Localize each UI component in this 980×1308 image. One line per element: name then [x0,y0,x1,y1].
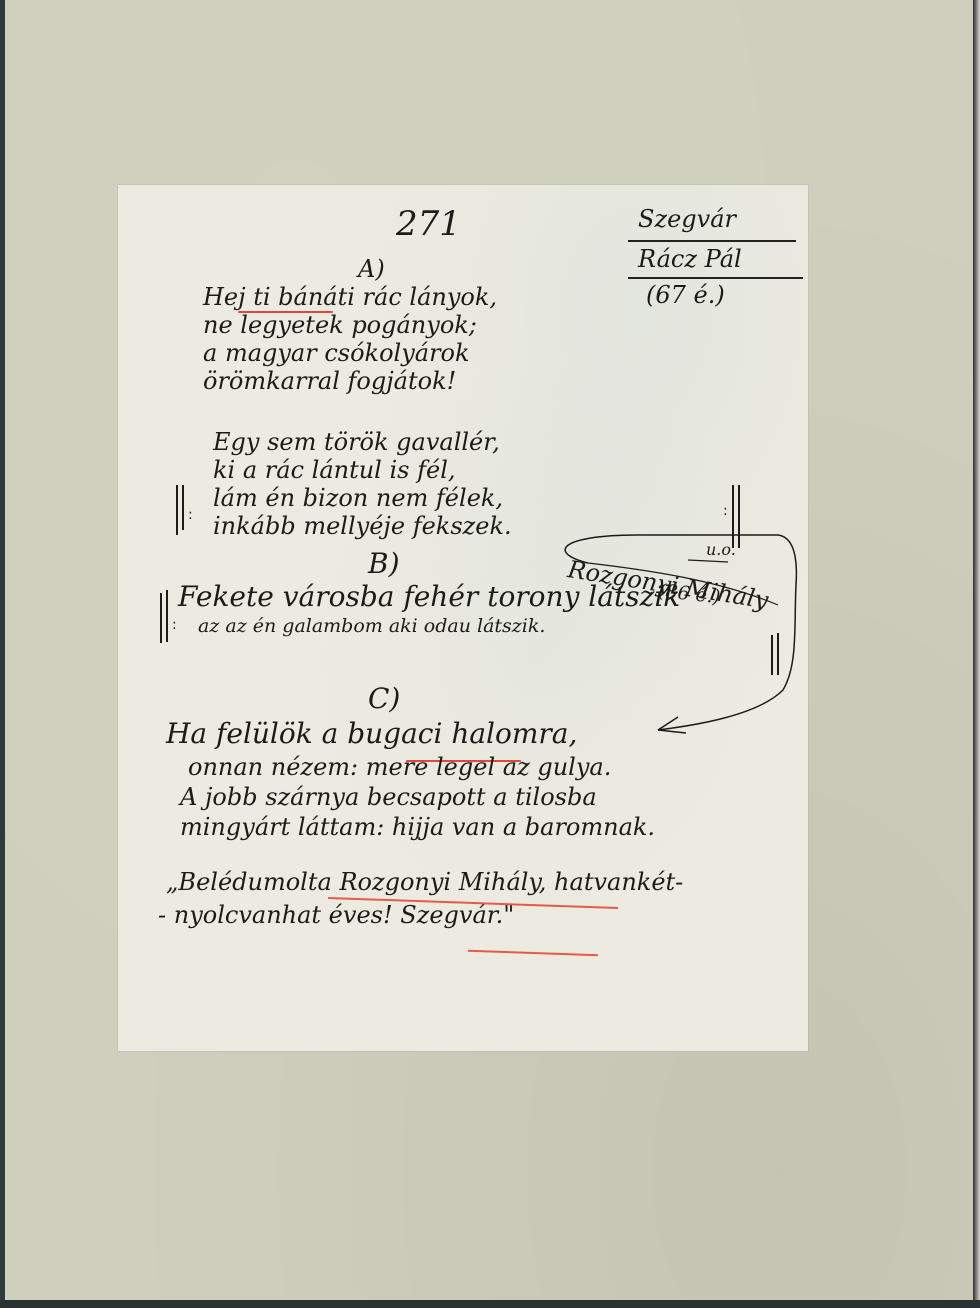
footnote-line: - nyolcvanhat éves! Szegvár." [158,903,514,927]
verse-line: A jobb szárnya becsapott a tilosba [180,785,597,809]
footnote-line: „Belédumolta Rozgonyi Mihály, hatvankét- [166,870,683,894]
verse-line: Ha felülök a bugaci halomra, [166,720,577,748]
manuscript-sheet: 271 Szegvár Rácz Pál (67 é.) A) Hej ti b… [118,185,808,1051]
verse-line: mingyárt láttam: hijja van a baromnak. [180,815,655,839]
section-c-label: C) [368,685,400,713]
card-right-edge [973,0,980,1308]
card-bottom-edge [0,1300,980,1308]
verse-line: onnan nézem: mere legel az gulya. [188,755,611,779]
